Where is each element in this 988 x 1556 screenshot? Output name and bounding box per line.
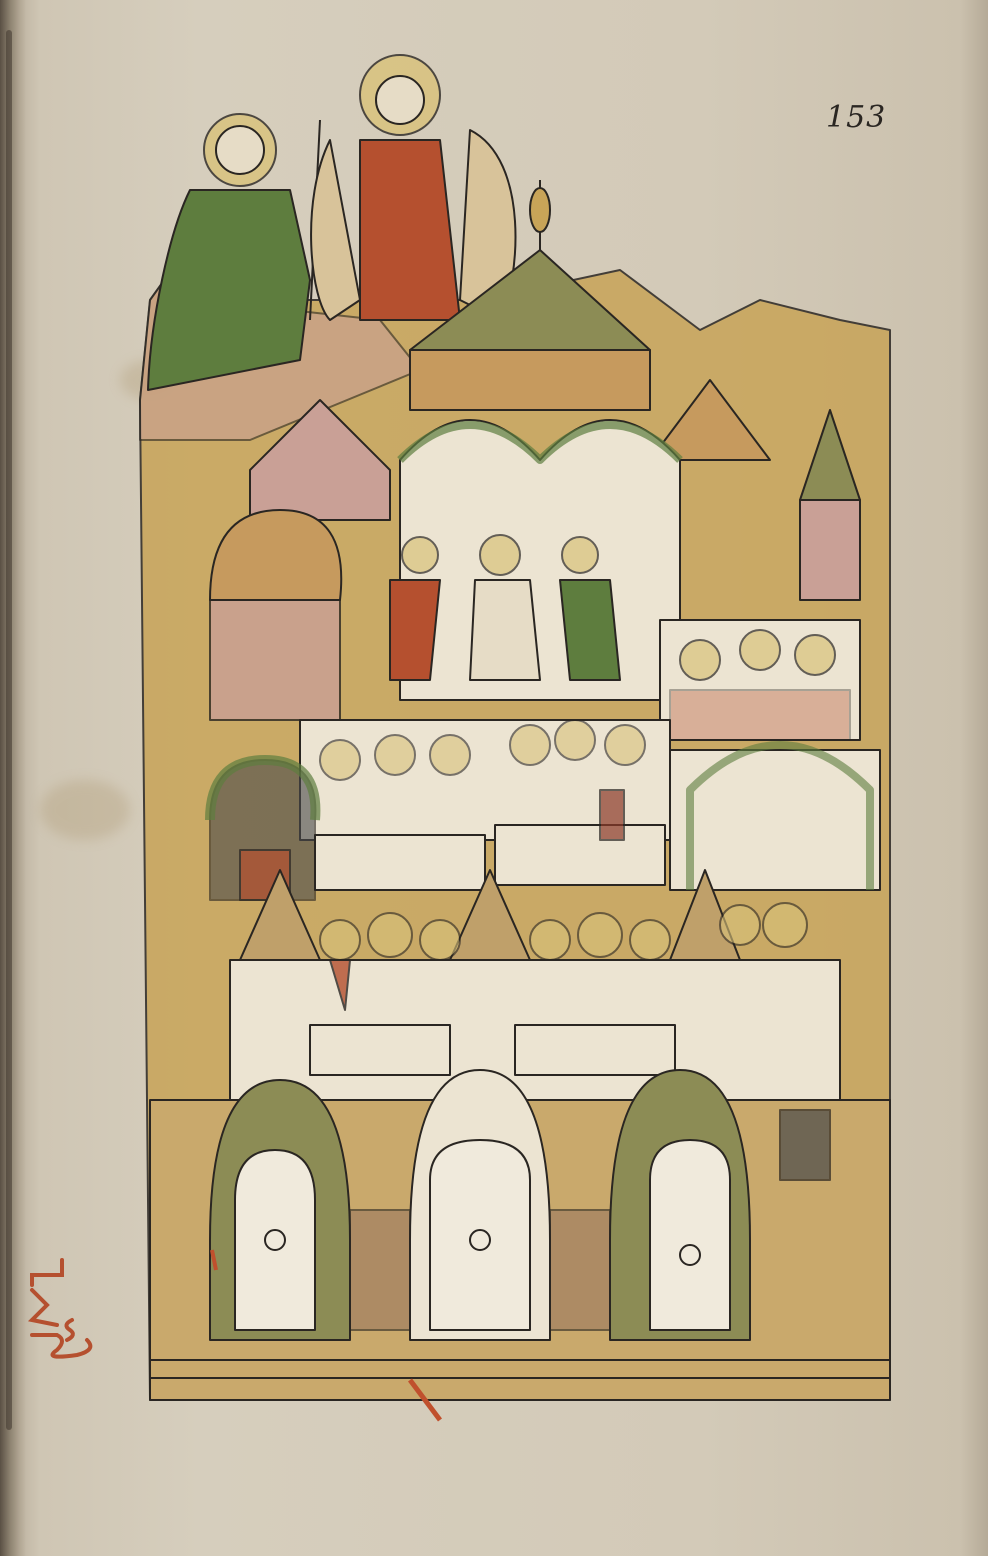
- niche-left: [210, 1080, 350, 1340]
- angel-figure: [311, 55, 515, 320]
- annunciation-scene: [390, 535, 620, 680]
- woodcut-illustration: [0, 0, 988, 1556]
- manuscript-page: 153: [0, 0, 988, 1556]
- niche-center: [410, 1070, 550, 1340]
- margin-signature-mark: [22, 1240, 112, 1370]
- niche-right: [610, 1070, 750, 1340]
- saint-figure: [148, 114, 320, 390]
